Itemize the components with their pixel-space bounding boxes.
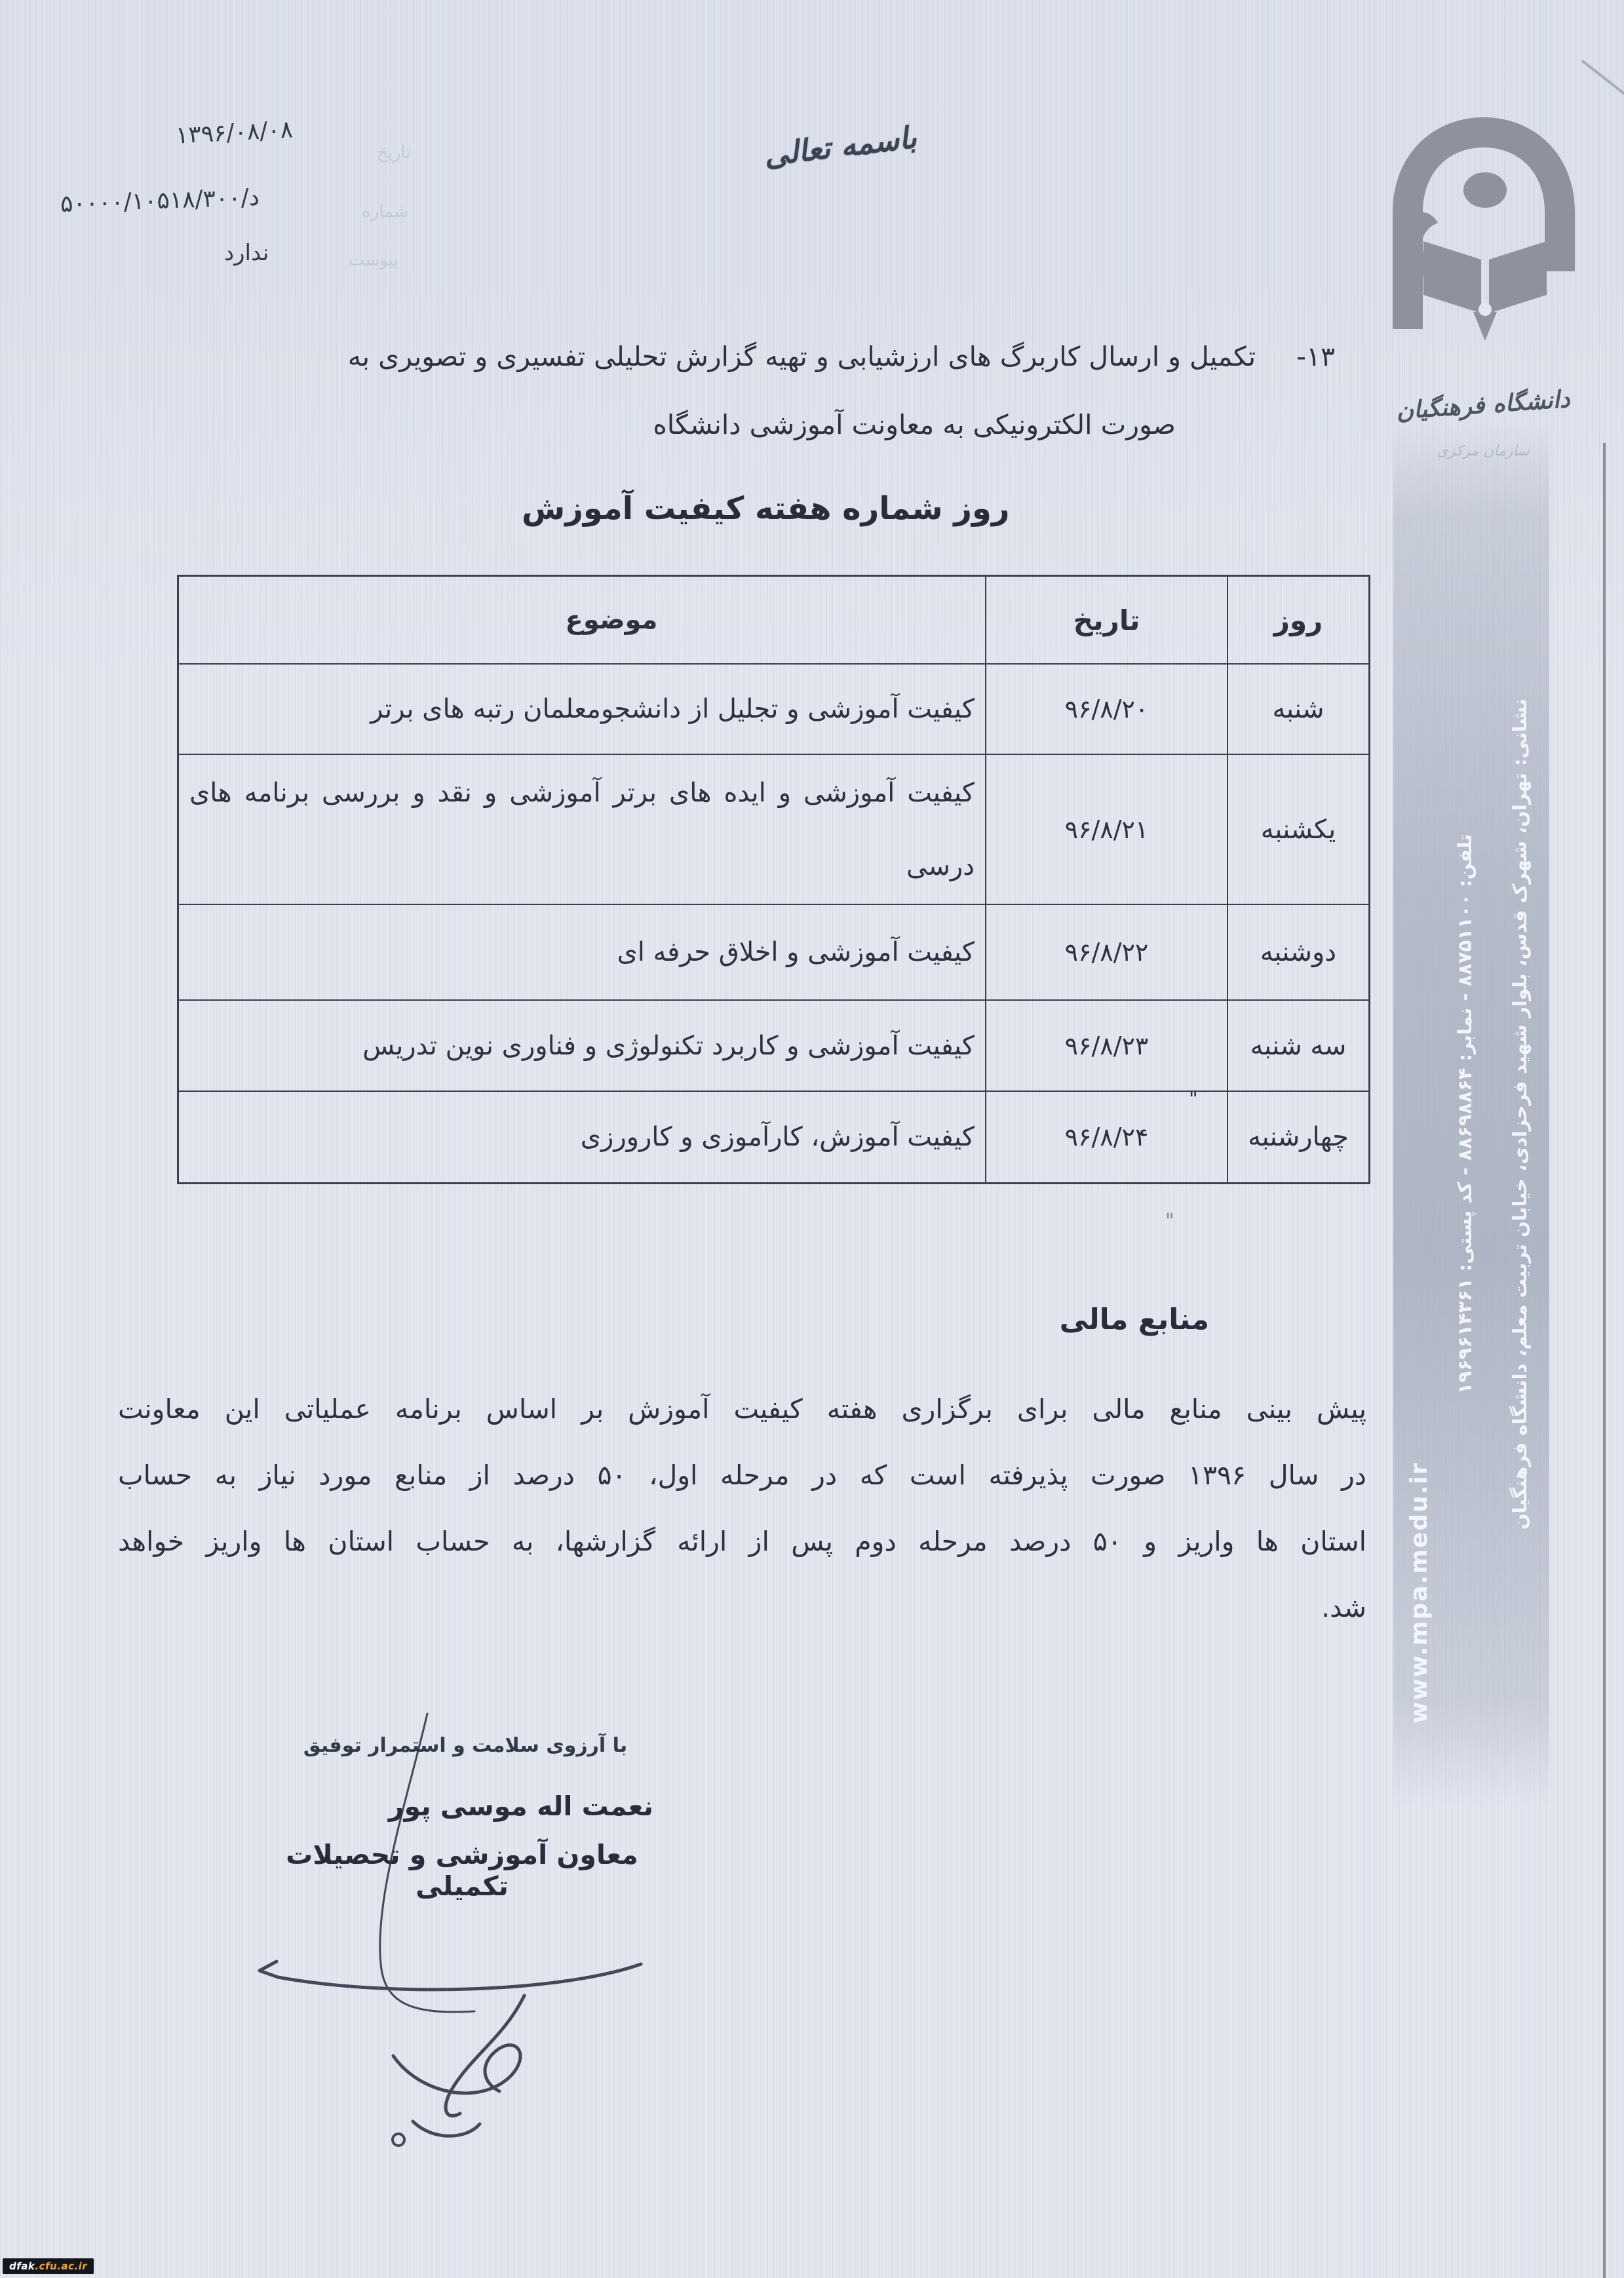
handwritten-signature <box>197 1688 708 2162</box>
sidebar-address: نشانی: تهران، شهرک قدس، بلوار شهید فرحزا… <box>1494 419 1545 1809</box>
scan-edge-line <box>1603 443 1606 2278</box>
table-row-monday: دوشنبه ۹۶/۸/۲۲ کیفیت آموزشی و اخلاق حرفه… <box>179 904 1368 999</box>
stamp-number-label: شماره <box>362 202 408 222</box>
date-cell: ۹۶/۸/۲۰ <box>985 665 1227 754</box>
stamp-date-value: ۱۳۹۶/۰۸/۰۸ <box>175 116 294 149</box>
date-cell: ۹۶/۸/۲۳ <box>985 1001 1227 1091</box>
stray-quote-mark: " <box>1189 1088 1198 1111</box>
finance-line-2: در سال ۱۳۹۶ صورت پذیرفته است که در مرحله… <box>118 1442 1366 1509</box>
watermark-prefix: dfak <box>9 2260 35 2272</box>
stamp-number-value: د/۵۰۰۰۰/۱۰۵۱۸/۳۰۰ <box>60 184 260 218</box>
subject-text: کیفیت آموزشی و کاربرد تکنولوژی و فناوری … <box>189 1009 975 1083</box>
sidebar-website: www.mpa.medu.ir <box>1393 334 1444 1809</box>
subject-text: کیفیت آموزشی و تجلیل از دانشجومعلمان رتب… <box>189 672 975 746</box>
item-13-line-1: تکمیل و ارسال کاربرگ های ارزشیابی و تهیه… <box>348 322 1256 391</box>
subject-text: کیفیت آموزشی و ایده های برتر آموزشی و نق… <box>189 756 975 903</box>
subject-text: کیفیت آموزشی و اخلاق حرفه ای <box>189 916 975 989</box>
sidebar-phone: تلفن: ۸۸۷۵۱۱۰۰ - نمابر: ۸۸۶۹۸۸۶۴ - کد پس… <box>1439 419 1490 1809</box>
stray-quote-mark-2: " <box>1165 1210 1174 1233</box>
table-title: روز شماره هفته کیفیت آموزش <box>522 490 1009 527</box>
stamp-attachment-label: پیوست <box>349 250 398 270</box>
day-cell: شنبه <box>1227 665 1368 754</box>
scanned-letter-page: ۱۳۹۶/۰۸/۰۸ د/۵۰۰۰۰/۱۰۵۱۸/۳۰۰ ندارد تاریخ… <box>0 0 1624 2278</box>
stamp-attachment-value: ندارد <box>224 240 269 266</box>
item-13-line-2: صورت الکترونیکی به معاونت آموزشی دانشگاه <box>201 391 1335 459</box>
col-header-day: روز <box>1227 577 1368 663</box>
col-header-subject-label: موضوع <box>507 583 658 657</box>
day-cell: چهارشنبه <box>1227 1092 1368 1182</box>
finance-line-3: استان ها واریز و ۵۰ درصد مرحله دوم پس از… <box>118 1509 1366 1575</box>
subject-cell: کیفیت آموزشی و اخلاق حرفه ای <box>179 905 985 999</box>
site-watermark: dfak.cfu.ac.ir <box>3 2258 94 2274</box>
besmele-calligraphy: باسمه تعالی <box>762 119 919 173</box>
corner-fold-mark <box>1581 60 1624 98</box>
day-cell: دوشنبه <box>1227 905 1368 999</box>
table-row-sunday: یکشنبه ۹۶/۸/۲۱ کیفیت آموزشی و ایده های ب… <box>179 754 1368 904</box>
table-row-saturday: شنبه ۹۶/۸/۲۰ کیفیت آموزشی و تجلیل از دان… <box>179 663 1368 754</box>
item-13-marker: ۱۳- <box>1296 322 1335 391</box>
col-header-subject: موضوع <box>179 577 985 663</box>
subject-text: کیفیت آموزش، کارآموزی و کارورزی <box>189 1100 975 1174</box>
day-cell: یکشنبه <box>1227 755 1368 904</box>
date-cell: ۹۶/۸/۲۲ <box>985 905 1227 999</box>
finance-paragraph: پیش بینی منابع مالی برای برگزاری هفته کی… <box>118 1376 1366 1641</box>
item-13-paragraph: ۱۳- تکمیل و ارسال کاربرگ های ارزشیابی و … <box>201 322 1335 459</box>
table-header-row: روز تاریخ موضوع <box>179 577 1368 663</box>
subject-cell: کیفیت آموزشی و تجلیل از دانشجومعلمان رتب… <box>179 665 985 754</box>
finance-line-4: شد. <box>118 1575 1366 1641</box>
date-cell: ۹۶/۸/۲۱ <box>985 755 1227 904</box>
day-cell: سه شنبه <box>1227 1001 1368 1091</box>
subject-cell: کیفیت آموزشی و ایده های برتر آموزشی و نق… <box>179 755 985 904</box>
finance-line-1: پیش بینی منابع مالی برای برگزاری هفته کی… <box>118 1376 1366 1442</box>
watermark-suffix: .cfu.ac.ir <box>35 2260 87 2272</box>
col-header-date: تاریخ <box>985 577 1227 663</box>
stamp-date-label: تاریخ <box>377 143 411 163</box>
table-row-tuesday: سه شنبه ۹۶/۸/۲۳ کیفیت آموزشی و کاربرد تک… <box>179 999 1368 1091</box>
subject-cell: کیفیت آموزش، کارآموزی و کارورزی <box>179 1092 985 1182</box>
subject-cell: کیفیت آموزشی و کاربرد تکنولوژی و فناوری … <box>179 1001 985 1091</box>
finance-heading: منابع مالی <box>1060 1303 1209 1336</box>
